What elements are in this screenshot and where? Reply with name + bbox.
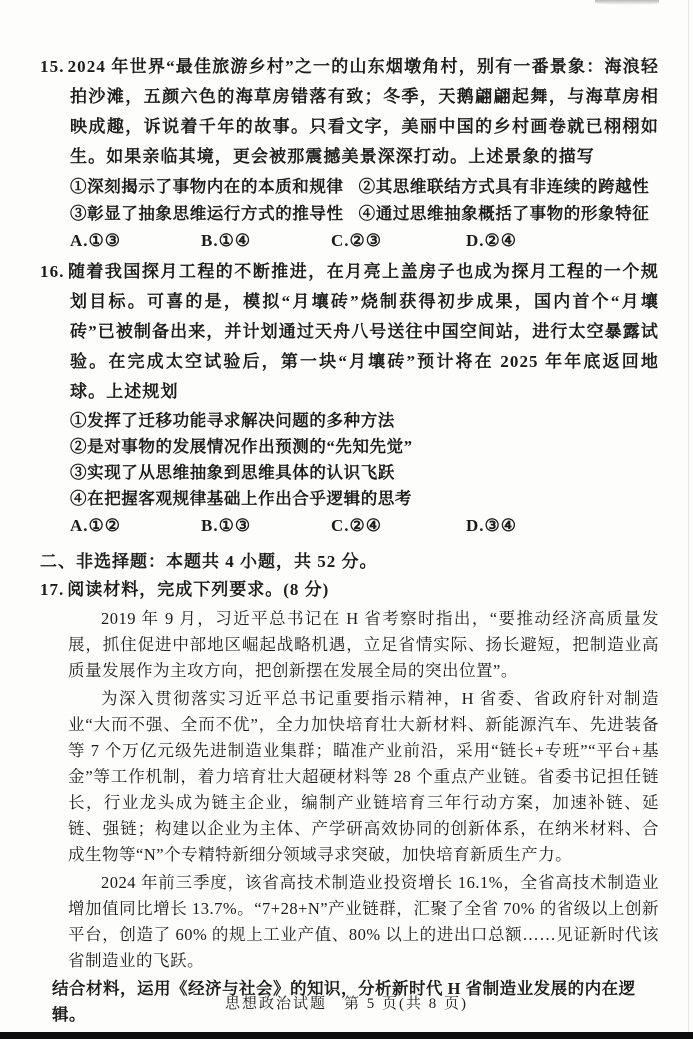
question-16-option-4: ④在把握客观规律基础上作出合乎逻辑的思考: [70, 486, 659, 512]
question-16-answer-b: B.①③: [201, 512, 331, 540]
question-16-answer-a: A.①②: [70, 512, 201, 540]
question-17-number: 17.: [40, 580, 67, 599]
question-16-stem: 16.随着我国探月工程的不断推进，在月亮上盖房子也成为探月工程的一个规划目标。可…: [40, 257, 659, 407]
page-footer: 思想政治试题 第 5 页(共 8 页): [0, 992, 693, 1013]
section-2-heading: 二、非选择题：本题共 4 小题，共 52 分。: [40, 548, 659, 576]
question-16-number: 16.: [40, 262, 68, 281]
question-15-options: ①深刻揭示了事物内在的本质和规律 ②其思维联结方式具有非连续的跨越性 ③彰显了抽…: [40, 173, 659, 227]
question-15-option-4: ④通过思维抽象概括了事物的形象特征: [359, 200, 659, 227]
scan-edge-line: [688, 0, 689, 1039]
question-15-stem: 15.2024 年世界“最佳旅游乡村”之一的山东烟墩角村，别有一番景象：海浪轻拍…: [40, 52, 659, 172]
question-16-answer-d: D.③④: [466, 512, 659, 540]
question-15-answer-choices: A.①③ B.①④ C.②③ D.②④: [40, 227, 659, 255]
question-15: 15.2024 年世界“最佳旅游乡村”之一的山东烟墩角村，别有一番景象：海浪轻拍…: [40, 52, 659, 255]
question-16-option-3: ③实现了从思维抽象到思维具体的认识飞跃: [70, 460, 659, 486]
question-16-answer-c: C.②④: [331, 512, 466, 540]
question-17-title: 阅读材料，完成下列要求。(8 分): [67, 580, 329, 599]
exam-page: 15.2024 年世界“最佳旅游乡村”之一的山东烟墩角村，别有一番景象：海浪轻拍…: [0, 0, 693, 1039]
question-15-answer-a: A.①③: [70, 227, 201, 255]
question-15-stem-text: 2024 年世界“最佳旅游乡村”之一的山东烟墩角村，别有一番景象：海浪轻拍沙滩，…: [68, 57, 659, 166]
question-15-option-2: ②其思维联结方式具有非连续的跨越性: [359, 173, 659, 200]
question-17-material-paragraph-3: 2024 年前三季度，该省高技术制造业投资增长 16.1%，全省高技术制造业增加…: [68, 870, 659, 974]
question-15-answer-c: C.②③: [331, 227, 466, 255]
question-16: 16.随着我国探月工程的不断推进，在月亮上盖房子也成为探月工程的一个规划目标。可…: [40, 257, 659, 540]
scan-artifact-top-right: [595, 0, 659, 5]
question-16-answer-choices: A.①② B.①③ C.②④ D.③④: [40, 512, 659, 540]
question-17-material-paragraph-1: 2019 年 9 月，习近平总书记在 H 省考察时指出，“要推动经济高质量发展，…: [68, 606, 659, 684]
question-15-option-3: ③彰显了抽象思维运行方式的推导性: [70, 200, 359, 227]
question-15-answer-d: D.②④: [466, 227, 659, 255]
question-17: 17.阅读材料，完成下列要求。(8 分) 2019 年 9 月，习近平总书记在 …: [40, 576, 659, 1028]
question-16-option-2: ②是对事物的发展情况作出预测的“先知先觉”: [70, 434, 659, 460]
question-16-option-1: ①发挥了迁移功能寻求解决问题的多种方法: [70, 408, 659, 434]
question-15-answer-b: B.①④: [201, 227, 331, 255]
question-15-option-1: ①深刻揭示了事物内在的本质和规律: [70, 173, 359, 200]
scan-bottom-edge: [0, 1032, 693, 1039]
question-16-options: ①发挥了迁移功能寻求解决问题的多种方法 ②是对事物的发展情况作出预测的“先知先觉…: [40, 408, 659, 512]
question-16-stem-text: 随着我国探月工程的不断推进，在月亮上盖房子也成为探月工程的一个规划目标。可喜的是…: [68, 262, 659, 401]
question-17-material-paragraph-2: 为深入贯彻落实习近平总书记重要指示精神，H 省委、省政府针对制造业“大而不强、全…: [68, 686, 659, 868]
question-15-number: 15.: [40, 57, 68, 76]
question-17-heading: 17.阅读材料，完成下列要求。(8 分): [40, 576, 659, 604]
